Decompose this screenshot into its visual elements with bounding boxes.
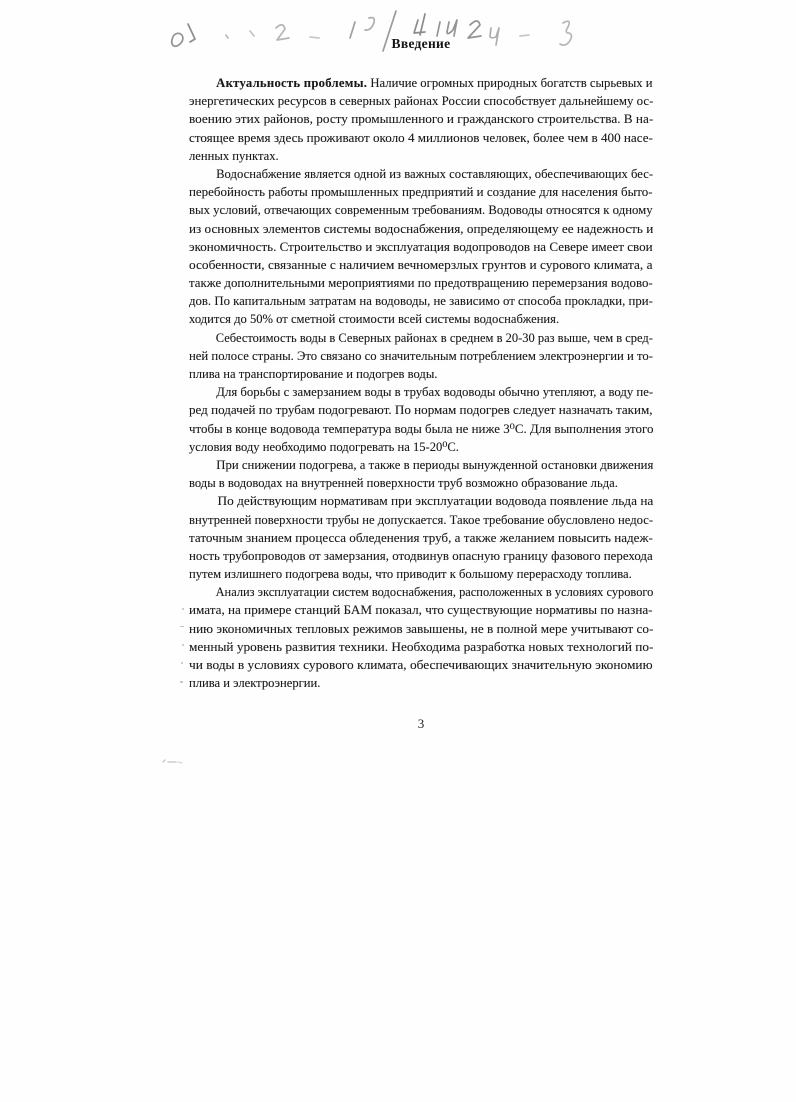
page-heading: Введение (189, 36, 653, 52)
scan-artifact (181, 662, 183, 664)
text-line: путем излишнего подогрева воды, что прив… (189, 565, 632, 583)
scan-smudge (160, 756, 186, 768)
text-line: ней полосе страны. Это связано со значит… (189, 347, 653, 365)
text-line: Себестоимость воды в Северных районах в … (189, 329, 653, 347)
scanned-page: Введение Актуальность проблемы. Наличие … (0, 0, 796, 1102)
text-line: чи воды в условиях сурового климата, обе… (189, 656, 653, 674)
text-line: плива на транспортирование и подогрев во… (189, 365, 437, 383)
text-line: условия воду необходимо подогревать на 1… (189, 438, 459, 456)
text-line: Актуальность проблемы. Наличие огромных … (189, 74, 653, 92)
scan-artifact (180, 626, 184, 627)
text-line: таточным знанием процесса обледенения тр… (189, 529, 653, 547)
text-line: ходится до 50% от сметной стоимости всей… (189, 310, 559, 328)
text-line: воению этих районов, росту промышленного… (189, 110, 653, 128)
text-line: имата, на примере станций БАМ показал, ч… (189, 601, 653, 619)
text-line: чтобы в конце водовода температура воды … (189, 420, 653, 438)
text-line: воды в водоводах на внутренней поверхнос… (189, 474, 618, 492)
page-number: 3 (189, 716, 653, 732)
text-line: также дополнительными мероприятиями по п… (189, 274, 653, 292)
text-line: вых условий, отвечающих современным треб… (189, 201, 653, 219)
text-line: особенности, связанные с наличием вечном… (189, 256, 653, 274)
scan-artifact (180, 681, 183, 683)
text-line: По действующим нормативам при эксплуатац… (189, 492, 653, 510)
scan-artifact (182, 608, 184, 610)
text-line: дов. По капитальным затратам на водоводы… (189, 292, 653, 310)
text-line: менный уровень развития техники. Необход… (189, 638, 653, 656)
text-line: внутренней поверхности трубы не допускае… (189, 511, 653, 529)
text-line: При снижении подогрева, а также в период… (189, 456, 653, 474)
text-line: экономичность. Строительство и эксплуата… (189, 238, 653, 256)
text-line: ленных пунктах. (189, 147, 279, 165)
text-line: перебойность работы промышленных предпри… (189, 183, 653, 201)
text-line: ность трубопроводов от замерзания, отодв… (189, 547, 653, 565)
text-line: нию экономичных тепловых режимов завышен… (189, 620, 653, 638)
scan-artifact (182, 644, 184, 646)
text-line: Анализ эксплуатации систем водоснабжения… (189, 583, 653, 601)
body-text: Актуальность проблемы. Наличие огромных … (189, 74, 653, 692)
text-line: ред подачей по трубам подогревают. По но… (189, 401, 653, 419)
text-line: энергетических ресурсов в северных район… (189, 92, 653, 110)
text-line: стоящее время здесь проживают около 4 ми… (189, 129, 653, 147)
text-line: плива и электроэнергии. (189, 674, 320, 692)
text-line: Для борьбы с замерзанием воды в трубах в… (189, 383, 653, 401)
text-line: из основных элементов системы водоснабже… (189, 220, 653, 238)
text-line: Водоснабжение является одной из важных с… (189, 165, 653, 183)
bold-lead-in: Актуальность проблемы. (216, 76, 367, 90)
